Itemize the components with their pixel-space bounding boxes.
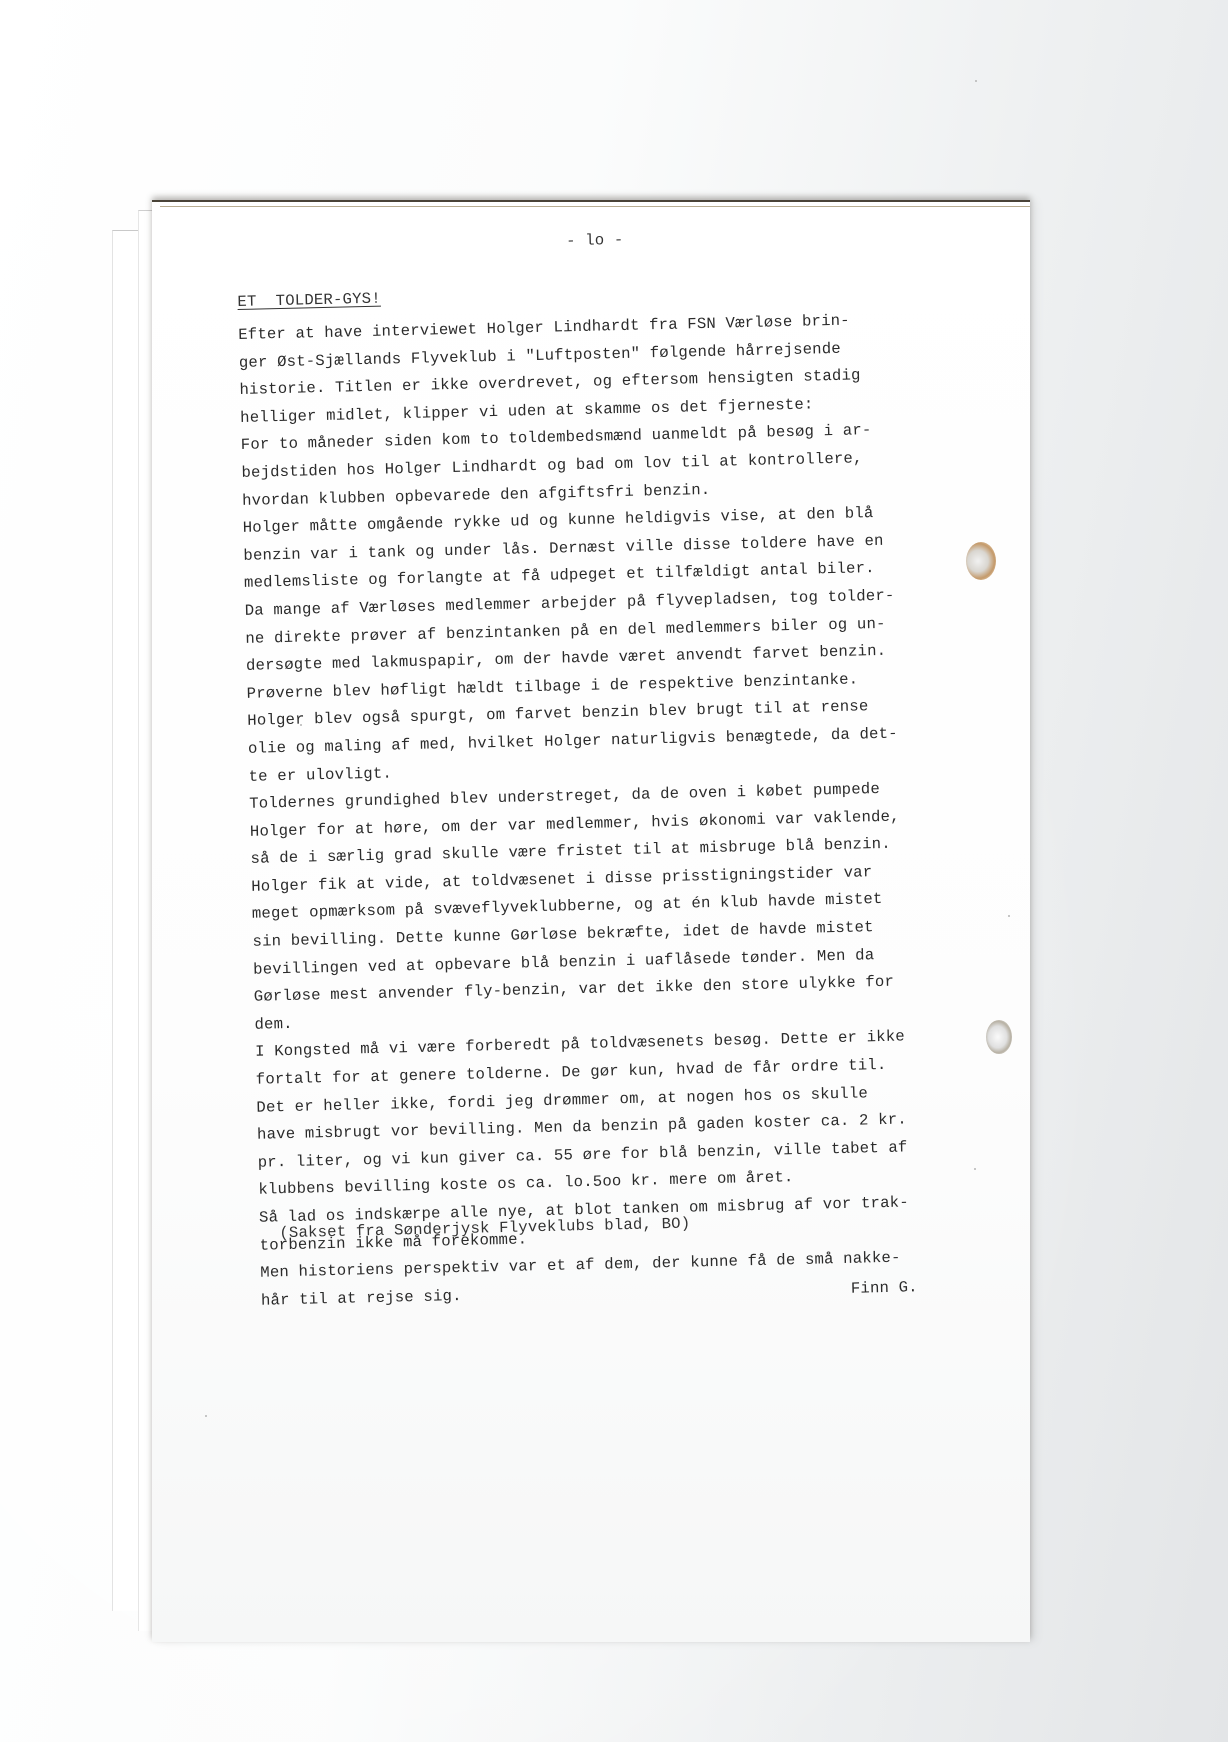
article-heading: ET TOLDER-GYS! xyxy=(237,290,381,311)
dust-speck xyxy=(975,80,977,82)
signature: Finn G. xyxy=(851,1274,919,1303)
dust-speck xyxy=(205,1415,207,1417)
page-number: - lo - xyxy=(566,231,624,250)
article-body: Efter at have interviewet Holger Lindhar… xyxy=(238,304,1041,1315)
